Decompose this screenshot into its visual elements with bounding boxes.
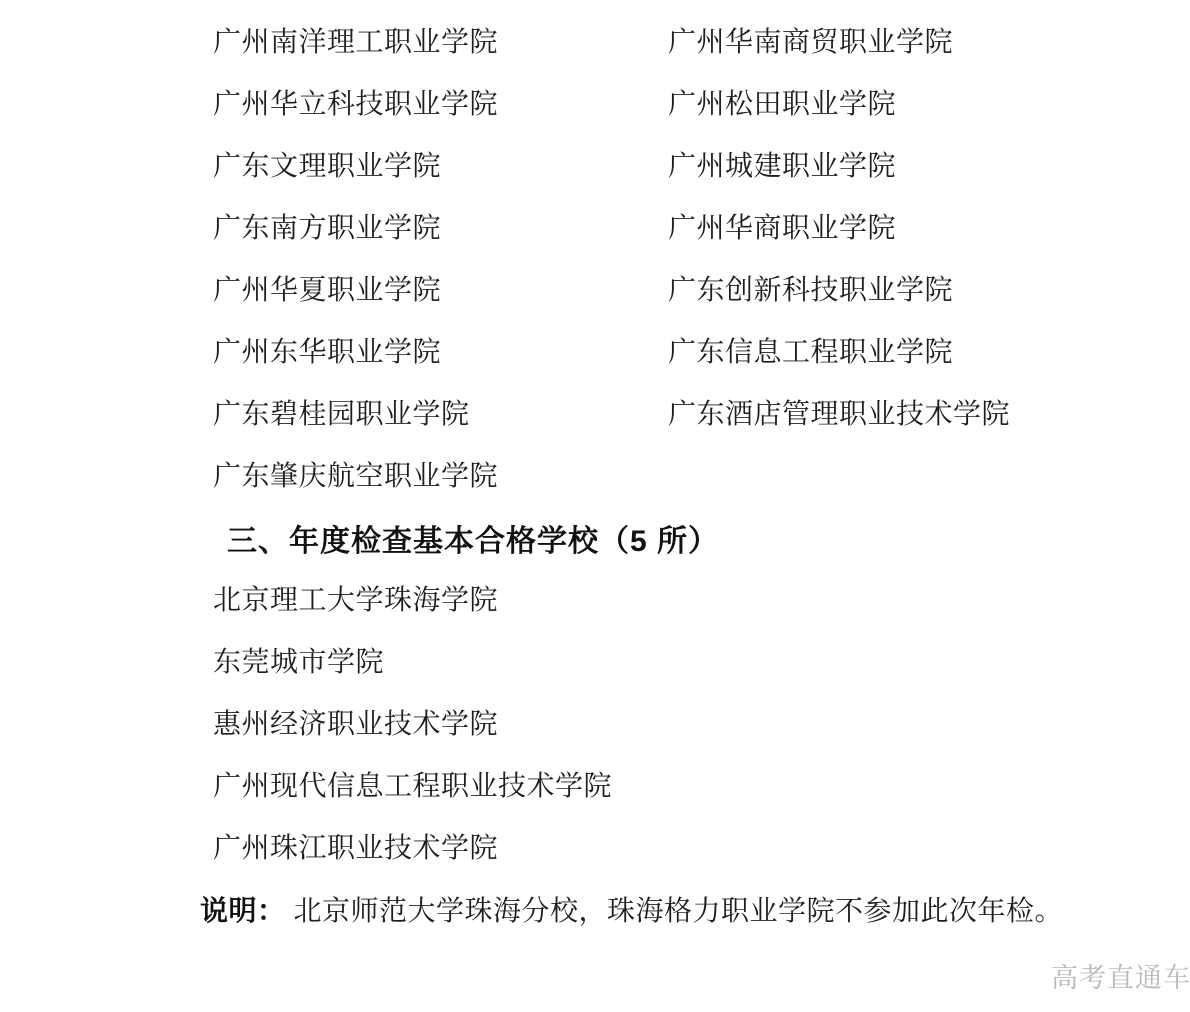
school-name: 广州东华职业学院 xyxy=(213,330,668,370)
school-name: 广东肇庆航空职业学院 xyxy=(213,454,668,494)
school-name: 北京理工大学珠海学院 xyxy=(213,567,612,629)
note-text: 北京师范大学珠海分校，珠海格力职业学院不参加此次年检。 xyxy=(294,896,1064,927)
school-name: 广州华商职业学院 xyxy=(668,206,1190,246)
school-name: 广州松田职业学院 xyxy=(668,82,1190,122)
note-label: 说明： xyxy=(200,895,286,926)
school-name: 广州华立科技职业学院 xyxy=(213,82,668,122)
document-page: 广州南洋理工职业学院 广州华南商贸职业学院 广州华立科技职业学院 广州松田职业学… xyxy=(0,0,1190,1012)
section-heading: 三、年度检查基本合格学校（5 所） xyxy=(227,516,719,560)
school-name: 广州城建职业学院 xyxy=(668,144,1190,184)
note: 说明：北京师范大学珠海分校，珠海格力职业学院不参加此次年检。 xyxy=(200,893,1063,930)
school-row: 广东肇庆航空职业学院 xyxy=(0,443,1190,505)
school-name: 广东碧桂园职业学院 xyxy=(213,392,668,432)
school-name: 广东创新科技职业学院 xyxy=(668,268,1190,308)
school-row: 广州南洋理工职业学院 广州华南商贸职业学院 xyxy=(0,9,1190,71)
school-pair-list: 广州南洋理工职业学院 广州华南商贸职业学院 广州华立科技职业学院 广州松田职业学… xyxy=(0,9,1190,505)
school-name: 广东信息工程职业学院 xyxy=(668,330,1190,370)
school-name: 广东酒店管理职业技术学院 xyxy=(668,392,1190,432)
school-name: 广州华夏职业学院 xyxy=(213,268,668,308)
school-row: 广东文理职业学院 广州城建职业学院 xyxy=(0,133,1190,195)
school-name: 广州现代信息工程职业技术学院 xyxy=(213,753,612,815)
watermark: 高考直通车 xyxy=(1051,956,1190,995)
school-name: 广东文理职业学院 xyxy=(213,144,668,184)
school-row: 广州华立科技职业学院 广州松田职业学院 xyxy=(0,71,1190,133)
school-row: 广州华夏职业学院 广东创新科技职业学院 xyxy=(0,257,1190,319)
school-row: 广东碧桂园职业学院 广东酒店管理职业技术学院 xyxy=(0,381,1190,443)
school-row: 广州东华职业学院 广东信息工程职业学院 xyxy=(0,319,1190,381)
school-name: 广州珠江职业技术学院 xyxy=(213,815,612,877)
basic-pass-school-list: 北京理工大学珠海学院 东莞城市学院 惠州经济职业技术学院 广州现代信息工程职业技… xyxy=(213,567,612,877)
school-name: 东莞城市学院 xyxy=(213,629,612,691)
school-name: 广州华南商贸职业学院 xyxy=(668,20,1190,60)
school-row: 广东南方职业学院 广州华商职业学院 xyxy=(0,195,1190,257)
school-name: 惠州经济职业技术学院 xyxy=(213,691,612,753)
school-name: 广州南洋理工职业学院 xyxy=(213,20,668,60)
school-name: 广东南方职业学院 xyxy=(213,206,668,246)
